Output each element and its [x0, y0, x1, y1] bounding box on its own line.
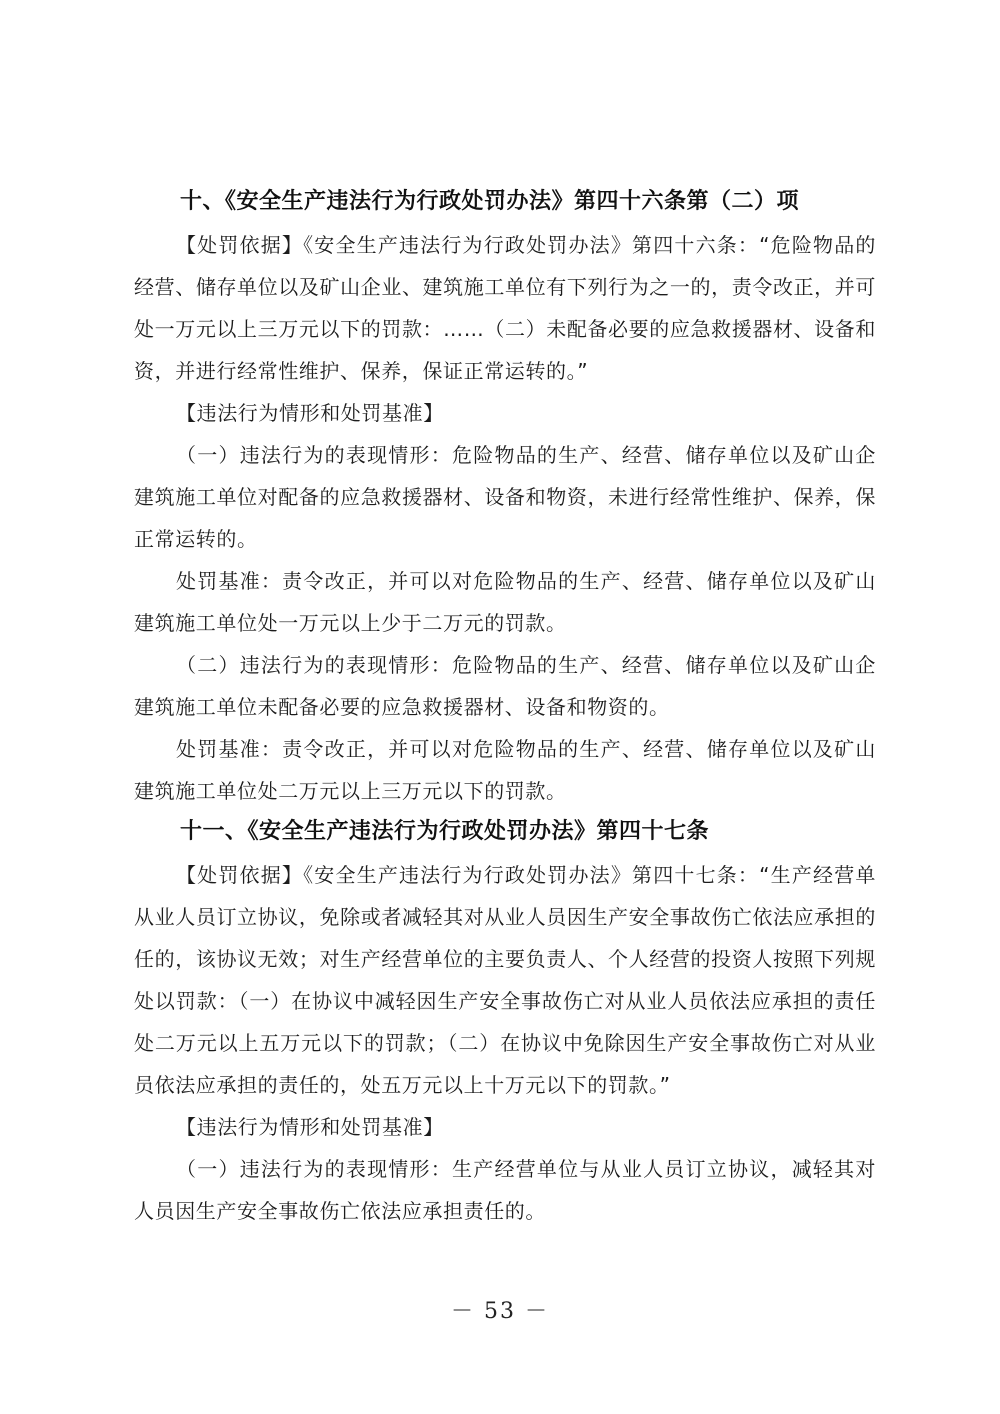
- basis-line: 从业人员订立协议，免除或者减轻其对从业人员因生产安全事故伤亡依法应承担的责: [134, 903, 876, 931]
- case-line: （二）违法行为的表现情形：危险物品的生产、经营、储存单位以及矿山企业、: [176, 651, 876, 679]
- case-line: （一）违法行为的表现情形：生产经营单位与从业人员订立协议，减轻其对从业: [176, 1155, 876, 1183]
- criteria-title: 【违法行为情形和处罚基准】: [176, 1113, 876, 1141]
- penalty-line: 建筑施工单位处一万元以上少于二万元的罚款。: [134, 609, 876, 637]
- case-line: 正常运转的。: [134, 525, 876, 553]
- case-line: （一）违法行为的表现情形：危险物品的生产、经营、储存单位以及矿山企业、: [176, 441, 876, 469]
- basis-line: 处一万元以上三万元以下的罚款：……（二）未配备必要的应急救援器材、设备和物: [134, 315, 876, 343]
- basis-line: 任的，该协议无效；对生产经营单位的主要负责人、个人经营的投资人按照下列规定: [134, 945, 876, 973]
- case-line: 建筑施工单位未配备必要的应急救援器材、设备和物资的。: [134, 693, 876, 721]
- basis-line: 资，并进行经常性维护、保养，保证正常运转的。”: [134, 357, 876, 385]
- document-page: 十、《安全生产违法行为行政处罚办法》第四十六条第（二）项 【处罚依据】《安全生产…: [0, 0, 1000, 1414]
- penalty-line: 建筑施工单位处二万元以上三万元以下的罚款。: [134, 777, 876, 805]
- penalty-line: 处罚基准：责令改正，并可以对危险物品的生产、经营、储存单位以及矿山企业、: [176, 735, 876, 763]
- basis-line: 处二万元以上五万元以下的罚款；（二）在协议中免除因生产安全事故伤亡对从业人: [134, 1029, 876, 1057]
- basis-line: 【处罚依据】《安全生产违法行为行政处罚办法》第四十七条：“生产经营单位与: [176, 861, 876, 889]
- basis-line: 处以罚款：（一）在协议中减轻因生产安全事故伤亡对从业人员依法应承担的责任的，: [134, 987, 876, 1015]
- section-heading-11: 十一、《安全生产违法行为行政处罚办法》第四十七条: [180, 816, 709, 846]
- case-line: 建筑施工单位对配备的应急救援器材、设备和物资，未进行经常性维护、保养，保证: [134, 483, 876, 511]
- section-heading-10: 十、《安全生产违法行为行政处罚办法》第四十六条第（二）项: [180, 186, 799, 216]
- criteria-title: 【违法行为情形和处罚基准】: [176, 399, 876, 427]
- penalty-line: 处罚基准：责令改正，并可以对危险物品的生产、经营、储存单位以及矿山企业、: [176, 567, 876, 595]
- basis-line: 经营、储存单位以及矿山企业、建筑施工单位有下列行为之一的，责令改正，并可以: [134, 273, 876, 301]
- page-number: － 53 －: [0, 1298, 1000, 1326]
- basis-line: 【处罚依据】《安全生产违法行为行政处罚办法》第四十六条：“危险物品的生产、: [176, 231, 876, 259]
- case-line: 人员因生产安全事故伤亡依法应承担责任的。: [134, 1197, 876, 1225]
- basis-line: 员依法应承担的责任的，处五万元以上十万元以下的罚款。”: [134, 1071, 876, 1099]
